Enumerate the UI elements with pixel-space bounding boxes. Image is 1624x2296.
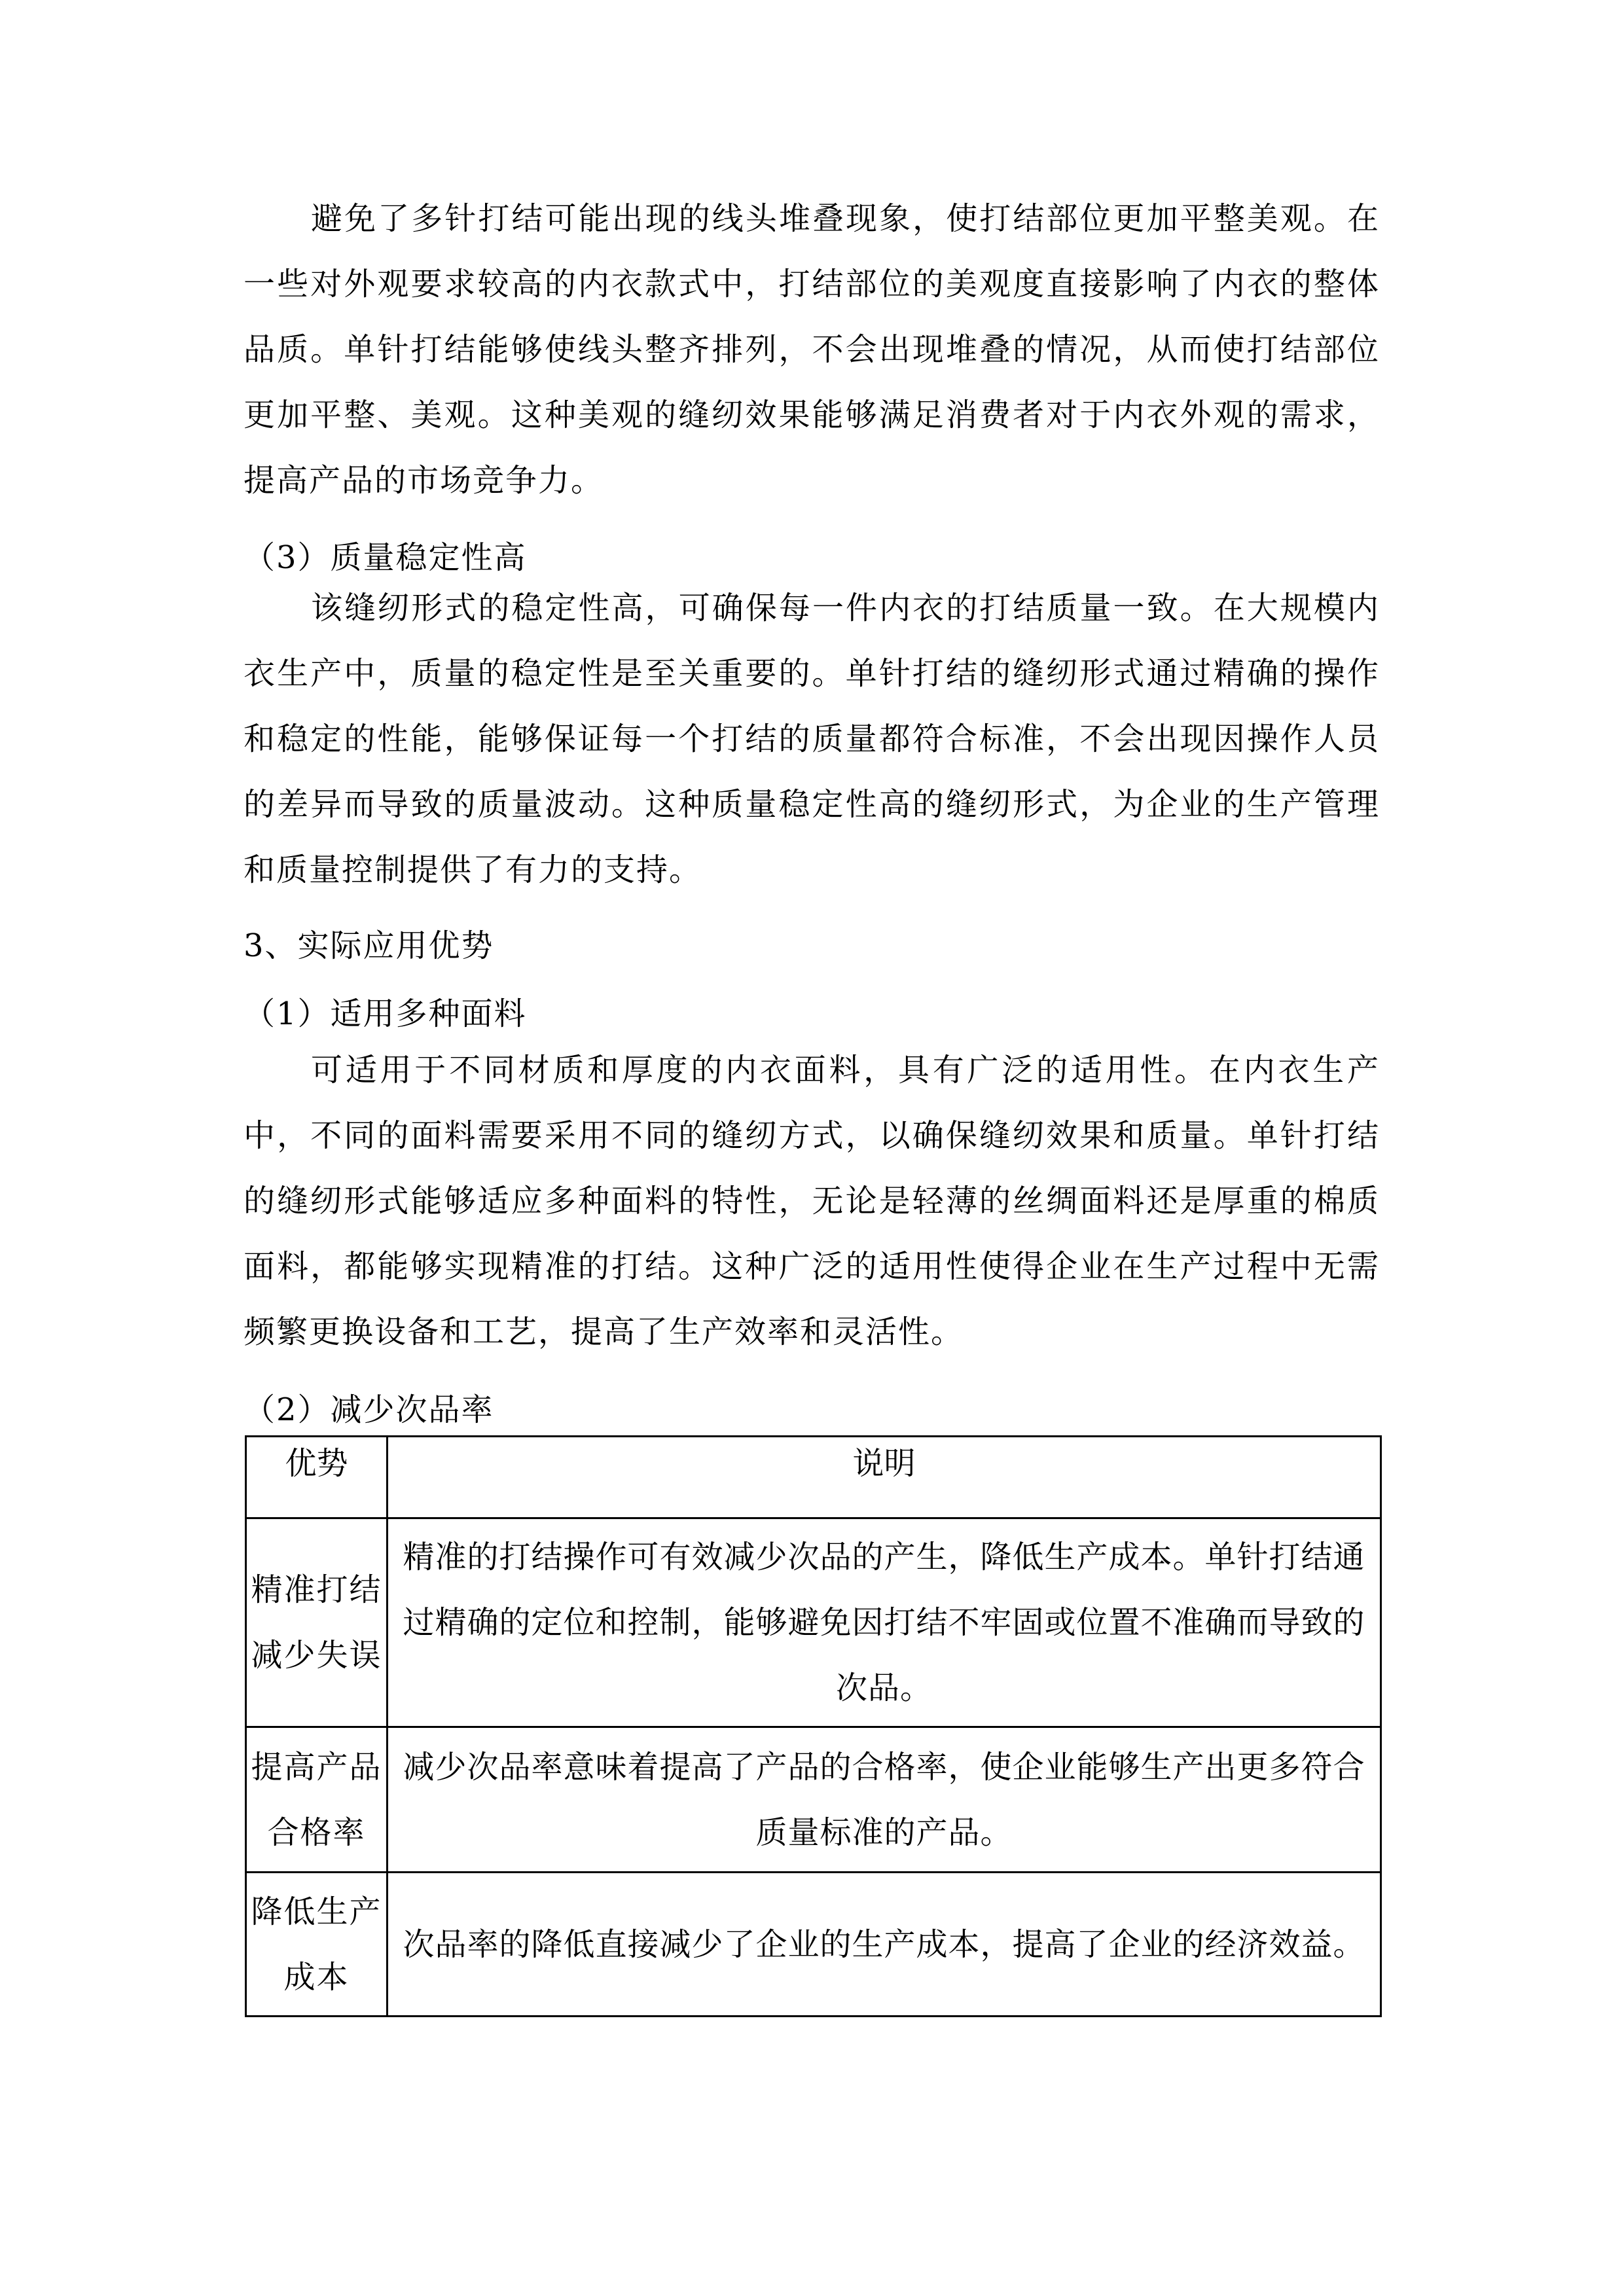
table-row: 精准打结减少失误 精准的打结操作可有效减少次品的产生，降低生产成本。单针打结通过… [246,1518,1381,1727]
reduce-defect-rate-table: 优势 说明 精准打结减少失误 精准的打结操作可有效减少次品的产生，降低生产成本。… [245,1435,1382,2017]
table-cell-advantage: 精准打结减少失误 [246,1518,388,1727]
table-header-advantage: 优势 [246,1437,388,1518]
table-row: 提高产品合格率 减少次品率意味着提高了产品的合格率，使企业能够生产出更多符合质量… [246,1727,1381,1873]
subsection-heading-multiple-fabrics: （1）适用多种面料 [244,981,1380,1047]
subsection-heading-reduce-defects: （2）减少次品率 [244,1377,1380,1443]
table-header-row: 优势 说明 [246,1437,1381,1518]
table-cell-description: 减少次品率意味着提高了产品的合格率，使企业能够生产出更多符合质量标准的产品。 [388,1727,1381,1873]
paragraph-quality-stability: 该缝纫形式的稳定性高，可确保每一件内衣的打结质量一致。在大规模内衣生产中，质量的… [244,575,1380,903]
table-header-description: 说明 [388,1437,1381,1518]
table-cell-description: 精准的打结操作可有效减少次品的产生，降低生产成本。单针打结通过精确的定位和控制，… [388,1518,1381,1727]
table-row: 降低生产成本 次品率的降低直接减少了企业的生产成本，提高了企业的经济效益。 [246,1873,1381,2017]
table-cell-advantage: 提高产品合格率 [246,1727,388,1873]
table-cell-description: 次品率的降低直接减少了企业的生产成本，提高了企业的经济效益。 [388,1873,1381,2017]
table-cell-advantage: 降低生产成本 [246,1873,388,2017]
paragraph-multiple-fabrics: 可适用于不同材质和厚度的内衣面料，具有广泛的适用性。在内衣生产中，不同的面料需要… [244,1037,1380,1365]
paragraph-appearance-continuation: 避免了多针打结可能出现的线头堆叠现象，使打结部位更加平整美观。在一些对外观要求较… [244,186,1380,513]
section-heading-practical-advantages: 3、实际应用优势 [244,913,1380,978]
